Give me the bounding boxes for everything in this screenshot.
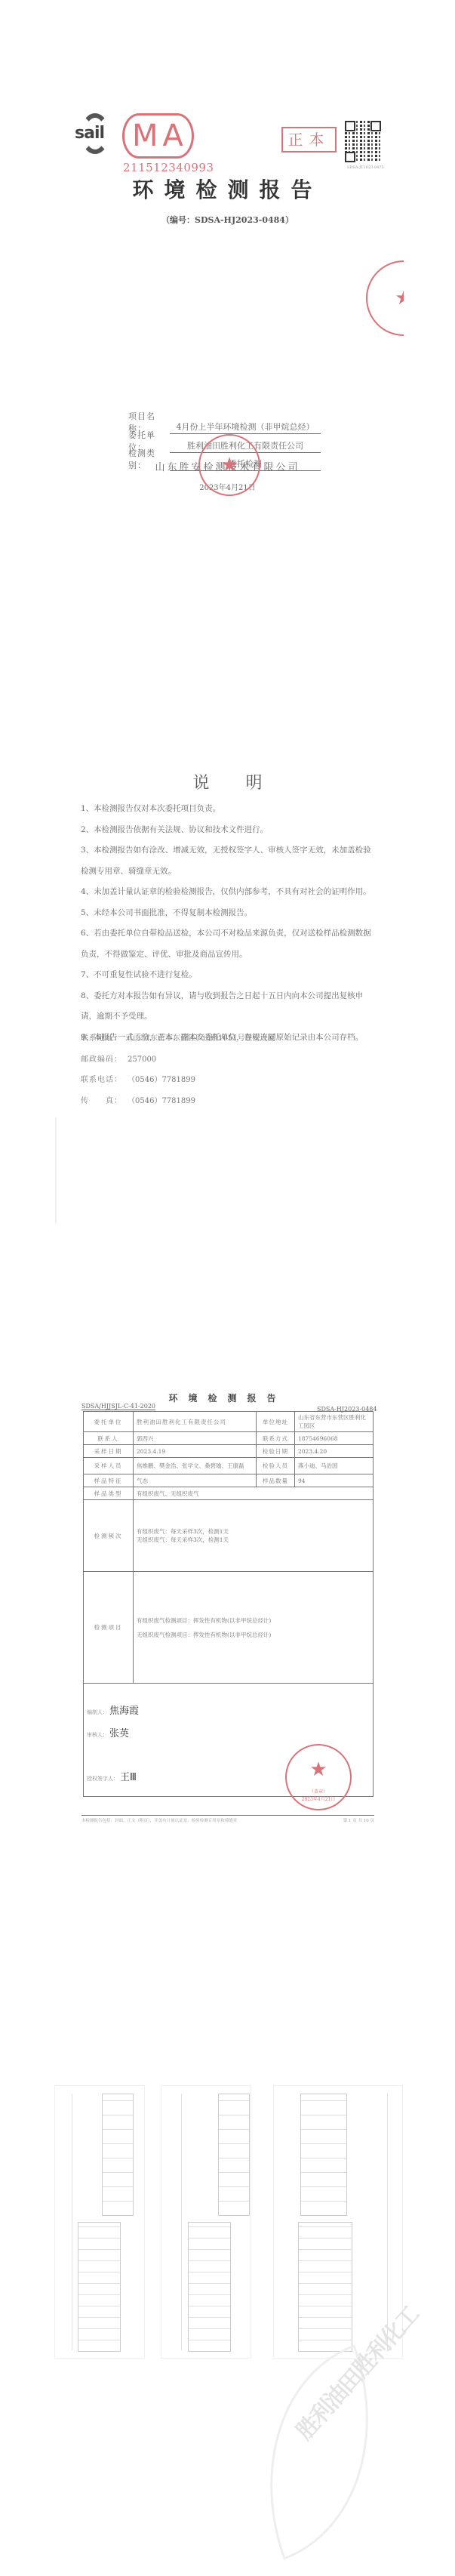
cma-mark: MA bbox=[122, 113, 194, 159]
attachment-page-1 bbox=[54, 2085, 145, 2359]
star-icon: ★ bbox=[309, 1758, 327, 1781]
table-row: 联系人 郭西兴 联系方式 18754696068 bbox=[84, 1432, 374, 1445]
report-number: （编号：SDSA-HJ2023-0484） bbox=[0, 214, 455, 226]
qr-finder-icon bbox=[345, 121, 355, 131]
explanation-notes: 1、本检测报告仅对本次委托项目负责。 2、本检测报告依据有关法规、协议和技术文件… bbox=[81, 799, 379, 1048]
page-edge-divider bbox=[55, 1117, 57, 1223]
cma-number: 211512340993 bbox=[123, 161, 214, 174]
table-row: 采样人员 焦维鹏、樊金浩、张学文、桑碧瑜、王康磊 检验人员 燕小迪、马治国 bbox=[84, 1458, 374, 1474]
report-seal: ★ （盖章） 2023年4月21日 bbox=[285, 1744, 352, 1810]
table-row: 检测项目 有组织废气检测项目：挥发性有机物(以非甲烷总烃计) 无组织废气检测项目… bbox=[84, 1572, 374, 1684]
page-number: 第 1 页 共 10 页 bbox=[343, 1817, 374, 1823]
explanation-title: 说明 bbox=[0, 770, 455, 793]
company-seal: ★ bbox=[198, 434, 260, 496]
watermark-leaf-icon bbox=[223, 2344, 415, 2559]
note-item: 5、未经本公司书面批准，不得复制本检测报告。 bbox=[81, 903, 379, 924]
data-table bbox=[300, 2094, 347, 2216]
data-table bbox=[218, 2094, 250, 2216]
note-item: 6、若由委托单位自带检品送检，本公司不对检品来源负责，仅对送检样品检测数据负责，… bbox=[81, 923, 379, 965]
edge-seal: ★ bbox=[366, 260, 441, 336]
contact-fax: 传 真：（0546）7781899 bbox=[81, 1091, 275, 1112]
data-table bbox=[188, 2222, 231, 2352]
contact-postcode: 邮政编码：257000 bbox=[81, 1049, 275, 1071]
note-item: 7、不可重复性试验不进行复检。 bbox=[81, 965, 379, 986]
original-stamp: 正本 bbox=[281, 127, 337, 153]
qr-finder-icon bbox=[345, 152, 355, 162]
contact-address: 联系地址：山东省东营市东营区庐山路1051号胜安大厦 bbox=[81, 1028, 275, 1049]
signature-compiler: 编制人：焦海霞 bbox=[87, 1702, 139, 1717]
note-item: 3、本检测报告如有涂改、增减无效，无授权签字人、审核人签字无效，未加盖检验检测专… bbox=[81, 840, 379, 882]
table-row: 样品类型 有组织废气、无组织废气 bbox=[84, 1487, 374, 1500]
attachment-page-2 bbox=[161, 2085, 251, 2359]
data-table bbox=[298, 2222, 352, 2352]
cover-title: 环境检测报告 bbox=[0, 174, 455, 204]
sail-logo: sail bbox=[75, 113, 116, 155]
table-row: 采样日期 2023.4.19 检验日期 2023.4.20 bbox=[84, 1445, 374, 1458]
note-item: 8、委托方对本报告如有异议，请与收到报告之日起十五日内向本公司提出复核申请，逾期… bbox=[81, 986, 379, 1028]
contact-phone: 联系电话：（0546）7781899 bbox=[81, 1070, 275, 1091]
table-row: 样品特征 气态 样品数量 94 bbox=[84, 1474, 374, 1487]
report-footer: 本检测报告包括：封面、正文（附页），并盖有计量认证章、检验检测专用章和骑缝章 第… bbox=[81, 1815, 374, 1823]
star-icon: ★ bbox=[395, 287, 412, 310]
table-row: 委托单位 胜利油田胜利化工有限责任公司 单位地址 山东省东营市东营区胜利化工园区 bbox=[84, 1412, 374, 1432]
report-title: 环境检测报告 bbox=[0, 1391, 455, 1404]
qr-finder-icon bbox=[370, 121, 381, 131]
page-rule bbox=[72, 2094, 72, 2350]
qr-code-icon bbox=[345, 121, 381, 162]
form-code: SDSA/HJJSJL-C-41-2020 bbox=[81, 1403, 155, 1410]
page-rule bbox=[181, 2094, 182, 2350]
note-item: 1、本检测报告仅对本次委托项目负责。 bbox=[81, 799, 379, 820]
contact-block: 联系地址：山东省东营市东营区庐山路1051号胜安大厦 邮政编码：257000 联… bbox=[81, 1028, 275, 1111]
star-icon: ★ bbox=[220, 454, 238, 476]
data-table bbox=[102, 2094, 134, 2216]
data-table bbox=[78, 2222, 121, 2352]
signature-reviewer: 审核人：张英 bbox=[87, 1725, 129, 1739]
note-item: 4、未加盖计量认证章的检验检测报告，仅供内部参考，不具有对社会的证明作用。 bbox=[81, 882, 379, 903]
qr-caption: SDSA-JT2023-0475 bbox=[347, 165, 384, 170]
signature-authorized: 授权签字人：王Ⅲ bbox=[87, 1769, 137, 1783]
note-item: 2、本检测报告依据有关法规、协议和技术文件进行。 bbox=[81, 820, 379, 841]
table-row: 检测频次 有组织废气：每天采样3次，检测1天 无组织废气：每天采样3次，检测1天 bbox=[84, 1500, 374, 1572]
